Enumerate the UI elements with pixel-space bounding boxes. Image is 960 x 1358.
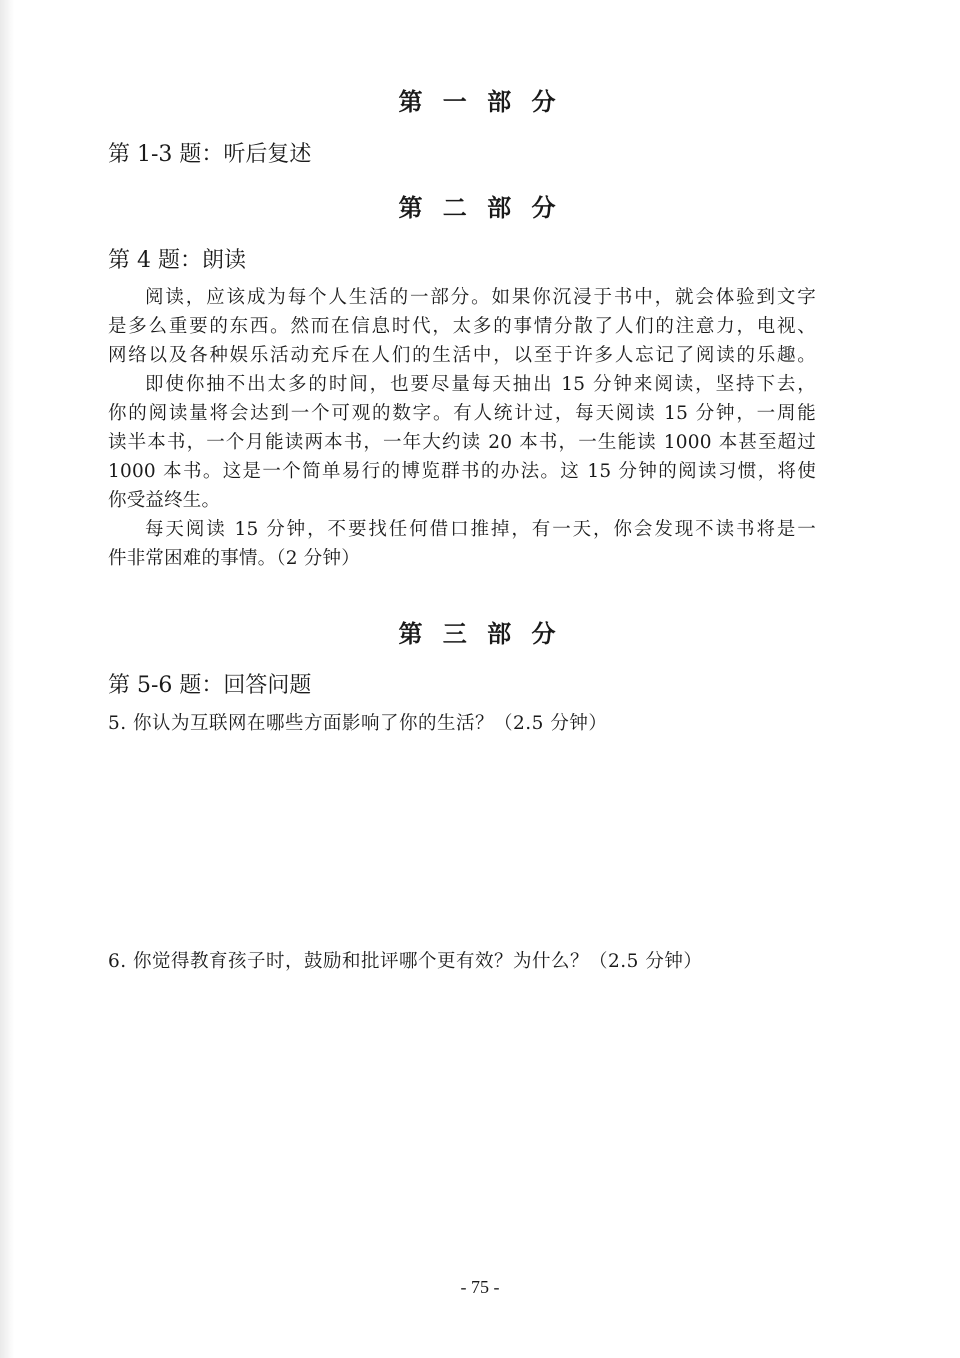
passage-line: 阅读，应该成为每个人生活的一部分。如果你沉浸于书中，就会体验到文字 xyxy=(145,283,816,309)
passage-line: 网络以及各种娱乐活动充斥在人们的生活中，以至于许多人忘记了阅读的乐趣。 xyxy=(108,341,816,367)
passage-line: 是多么重要的东西。然而在信息时代，太多的事情分散了人们的注意力，电视、 xyxy=(108,312,816,338)
part-1-title: 第 一 部 分 xyxy=(0,82,960,117)
questions-1-3-heading: 第 1-3 题：听后复述 xyxy=(108,137,311,168)
part-2-title: 第 二 部 分 xyxy=(0,188,960,223)
passage-line: 读半本书，一个月能读两本书，一年大约读 20 本书，一生能读 1000 本甚至超… xyxy=(108,428,816,454)
passage-line: 1000 本书。这是一个简单易行的博览群书的办法。这 15 分钟的阅读习惯，将使 xyxy=(108,457,816,483)
question-4-heading: 第 4 题：朗读 xyxy=(108,243,246,274)
page-number: - 75 - xyxy=(0,1277,960,1298)
question-6: 6. 你觉得教育孩子时，鼓励和批评哪个更有效？为什么？（2.5 分钟） xyxy=(108,947,702,973)
part-3-title: 第 三 部 分 xyxy=(0,614,960,649)
passage-line: 件非常困难的事情。（2 分钟） xyxy=(108,544,816,570)
passage-line: 你的阅读量将会达到一个可观的数字。有人统计过，每天阅读 15 分钟，一周能 xyxy=(108,399,816,425)
passage-line: 即使你抽不出太多的时间，也要尽量每天抽出 15 分钟来阅读，坚持下去， xyxy=(145,370,816,396)
passage-line: 你受益终生。 xyxy=(108,486,816,512)
exam-page: 第 一 部 分 第 1-3 题：听后复述 第 二 部 分 第 4 题：朗读 阅读… xyxy=(0,0,960,1358)
passage-line: 每天阅读 15 分钟，不要找任何借口推掉，有一天，你会发现不读书将是一 xyxy=(145,515,816,541)
question-5: 5. 你认为互联网在哪些方面影响了你的生活？（2.5 分钟） xyxy=(108,709,607,735)
questions-5-6-heading: 第 5-6 题：回答问题 xyxy=(108,668,311,699)
